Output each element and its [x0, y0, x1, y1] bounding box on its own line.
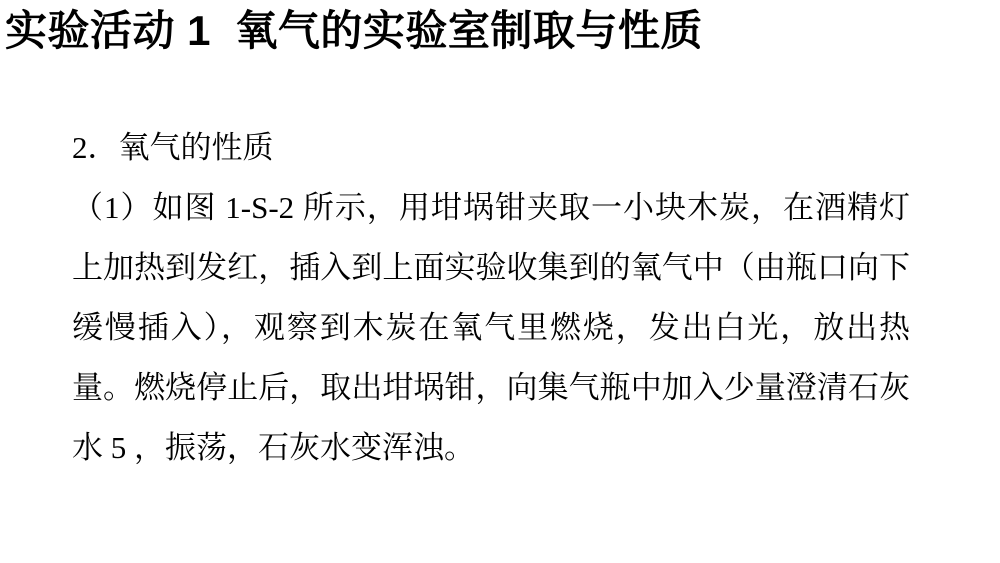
slide-body: 2．氧气的性质 （1）如图 1-S-2 所示，用坩埚钳夹取一小块木炭，在酒精灯上…: [72, 118, 910, 478]
section-paragraph: （1）如图 1-S-2 所示，用坩埚钳夹取一小块木炭，在酒精灯上加热到发红，插入…: [72, 178, 910, 478]
lesson-slide: 实验活动 1 氧气的实验室制取与性质 2．氧气的性质 （1）如图 1-S-2 所…: [0, 0, 1000, 563]
section-heading: 2．氧气的性质: [72, 118, 910, 178]
page-title: 实验活动 1 氧气的实验室制取与性质: [5, 4, 703, 59]
